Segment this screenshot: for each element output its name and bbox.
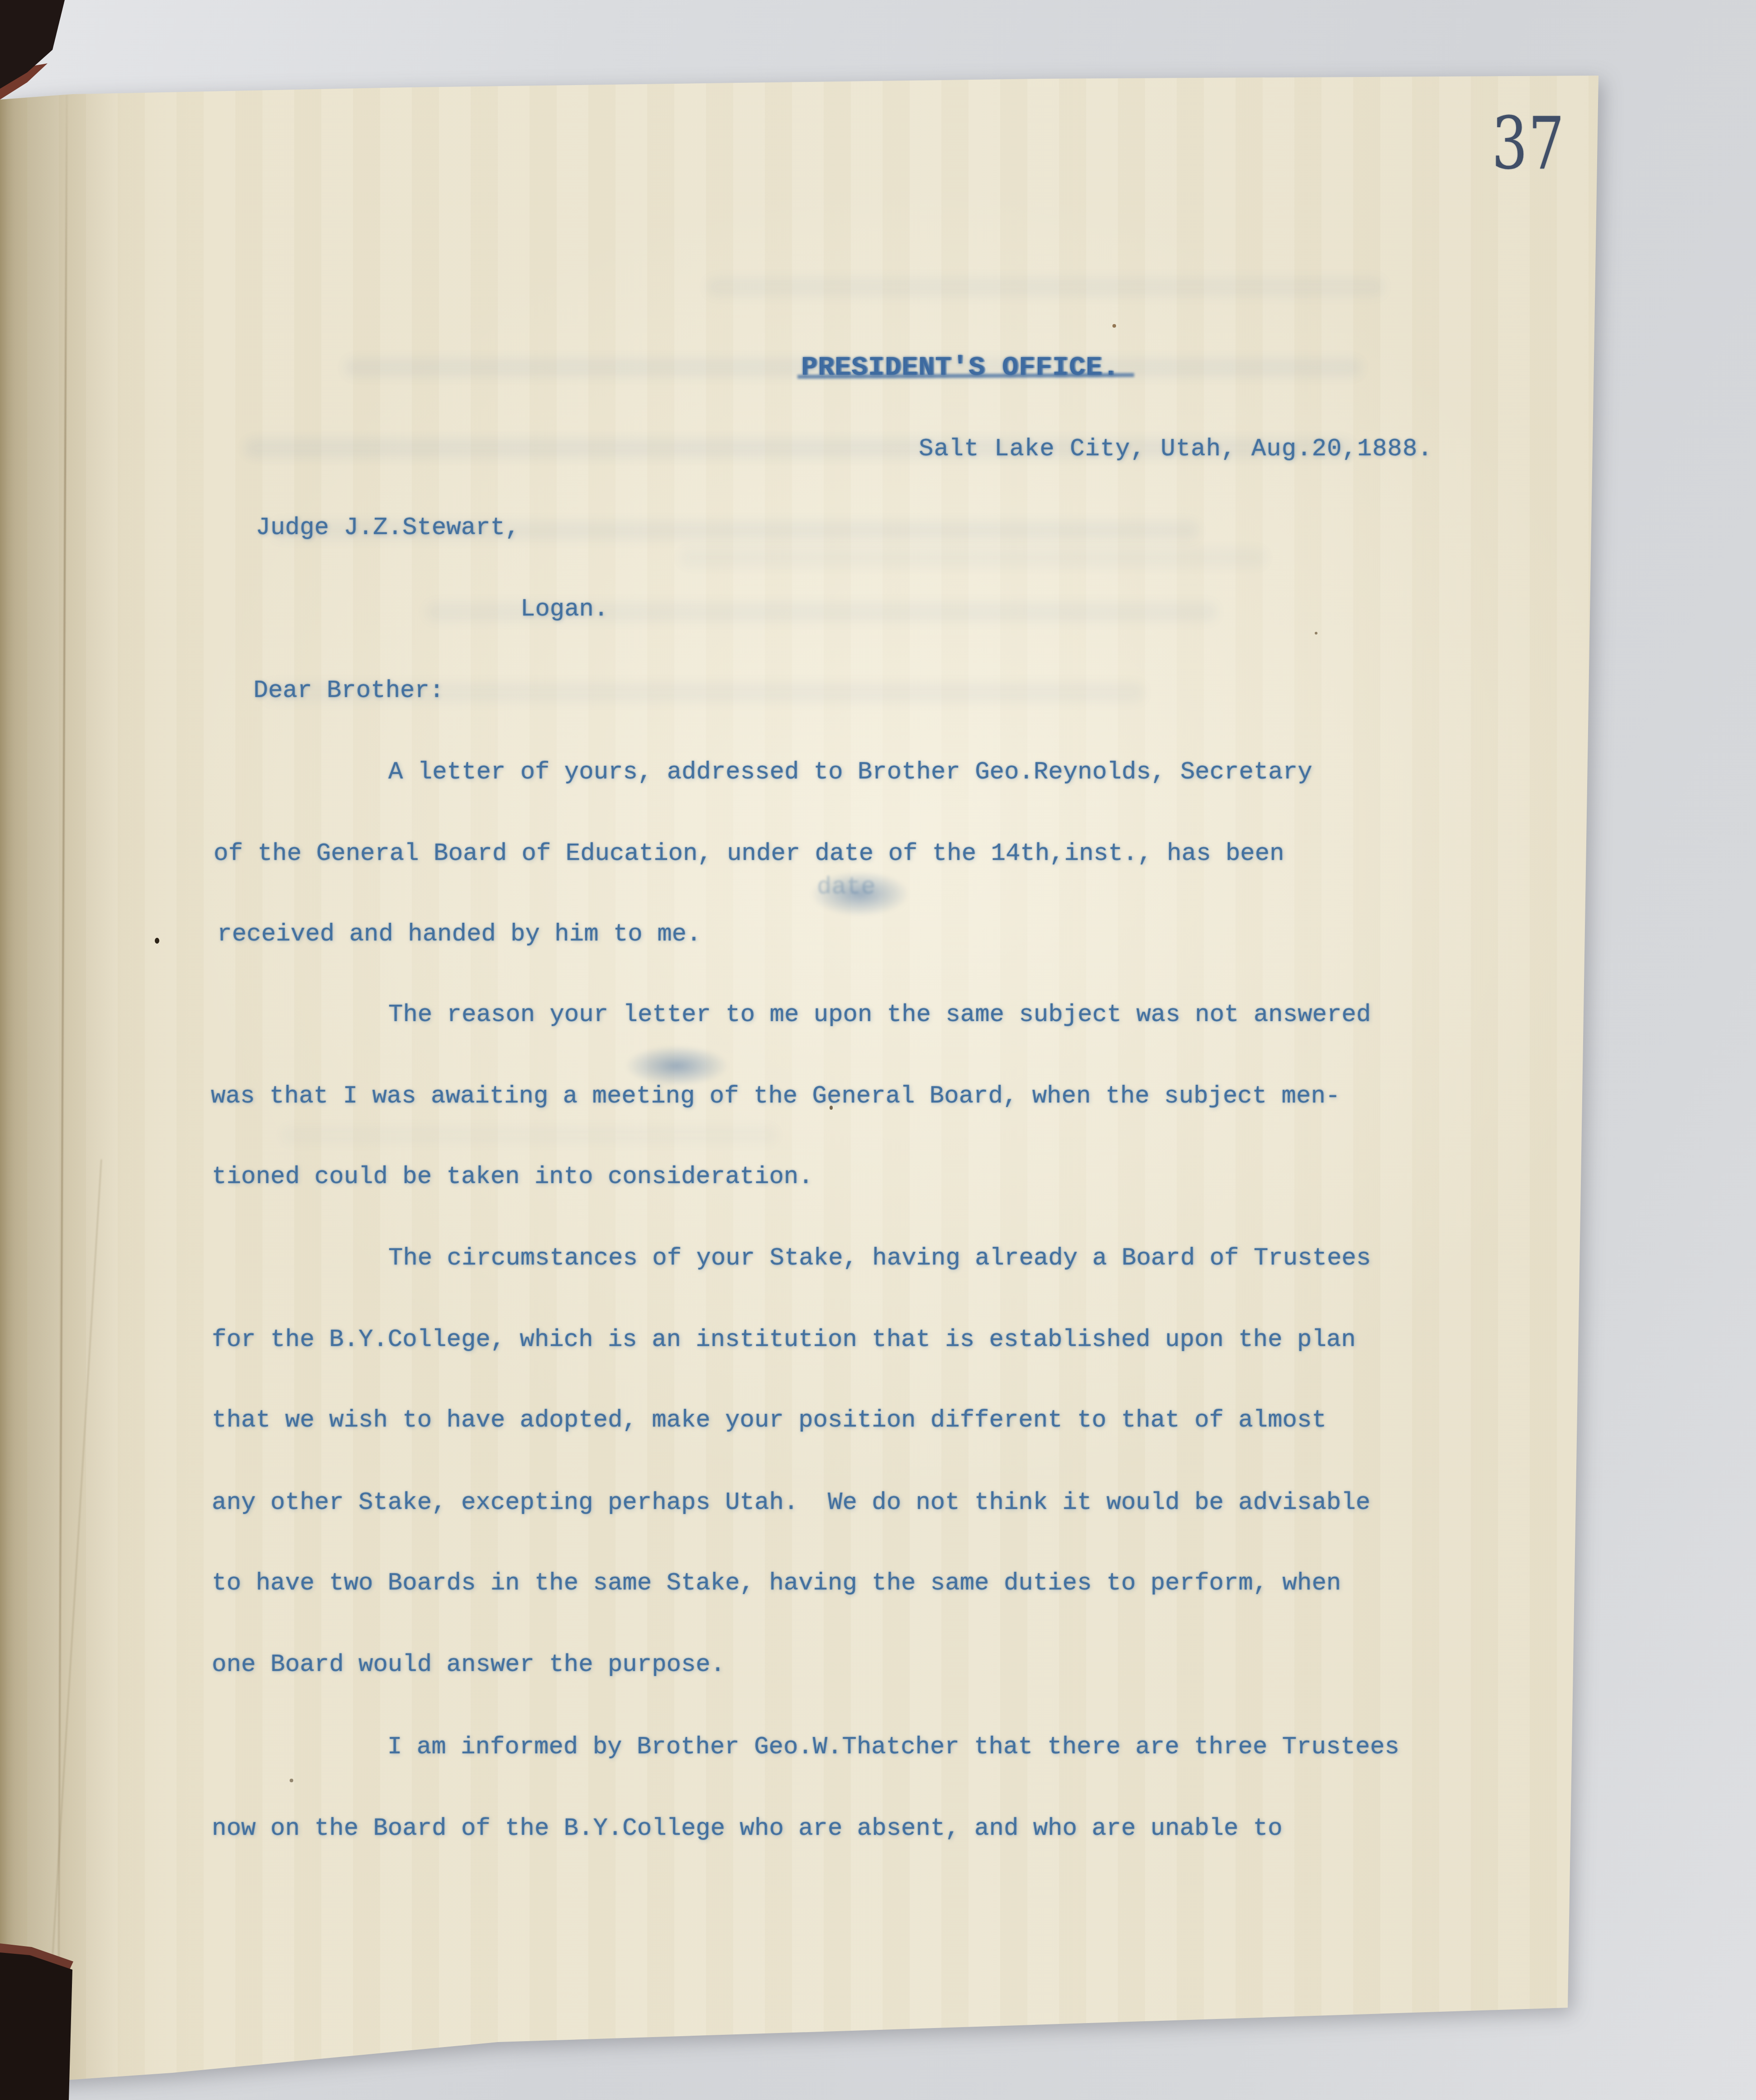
body-line: that we wish to have adopted, make your … [212, 1405, 1327, 1437]
show-through-text-ghost [706, 277, 1385, 297]
body-line: to have two Boards in the same Stake, ha… [212, 1568, 1341, 1599]
salutation: Dear Brother: [253, 675, 444, 707]
body-line: of the General Board of Education, under… [214, 838, 1284, 870]
paper-speck [290, 1779, 293, 1782]
letterhead-heading: PRESIDENT'S OFFICE. [801, 352, 1119, 384]
show-through-text-ghost [281, 1125, 778, 1145]
body-line: tioned could be taken into consideration… [212, 1161, 813, 1193]
body-line: for the B.Y.College, which is an institu… [212, 1324, 1356, 1356]
paper-speck [1315, 632, 1317, 635]
recipient-city: Logan. [520, 594, 608, 625]
letter-paper-wrapper: date 37 PRESIDENT'S OFFICE. Salt Lake Ci… [0, 0, 1756, 2100]
body-line: any other Stake, excepting perhaps Utah.… [212, 1487, 1370, 1519]
binding-gutter-shadow [0, 91, 122, 2086]
body-line: one Board would answer the purpose. [212, 1649, 725, 1681]
letter-paper: date 37 PRESIDENT'S OFFICE. Salt Lake Ci… [0, 0, 1756, 2100]
paper-speck [155, 938, 159, 944]
body-line: The reason your letter to me upon the sa… [388, 999, 1371, 1031]
body-line: The circumstances of your Stake, having … [388, 1243, 1371, 1274]
book-spine-bottom [0, 1937, 79, 2100]
body-line: received and handed by him to me. [217, 919, 701, 950]
body-line: A letter of yours, addressed to Brother … [388, 757, 1312, 788]
body-line: was that I was awaiting a meeting of the… [211, 1081, 1340, 1112]
recipient-name: Judge J.Z.Stewart, [256, 512, 520, 544]
body-line: now on the Board of the B.Y.College who … [212, 1813, 1283, 1845]
body-line: I am informed by Brother Geo.W.Thatcher … [387, 1732, 1399, 1763]
scanned-letter-page: date 37 PRESIDENT'S OFFICE. Salt Lake Ci… [0, 0, 1756, 2100]
paper-speck [1112, 324, 1116, 328]
dateline: Salt Lake City, Utah, Aug.20,1888. [919, 434, 1433, 465]
show-through-text-ghost [679, 548, 1267, 568]
ink-smudge [625, 1045, 729, 1086]
double-strike-ghost-word: date [817, 873, 876, 901]
page-number: 37 [1492, 105, 1565, 182]
